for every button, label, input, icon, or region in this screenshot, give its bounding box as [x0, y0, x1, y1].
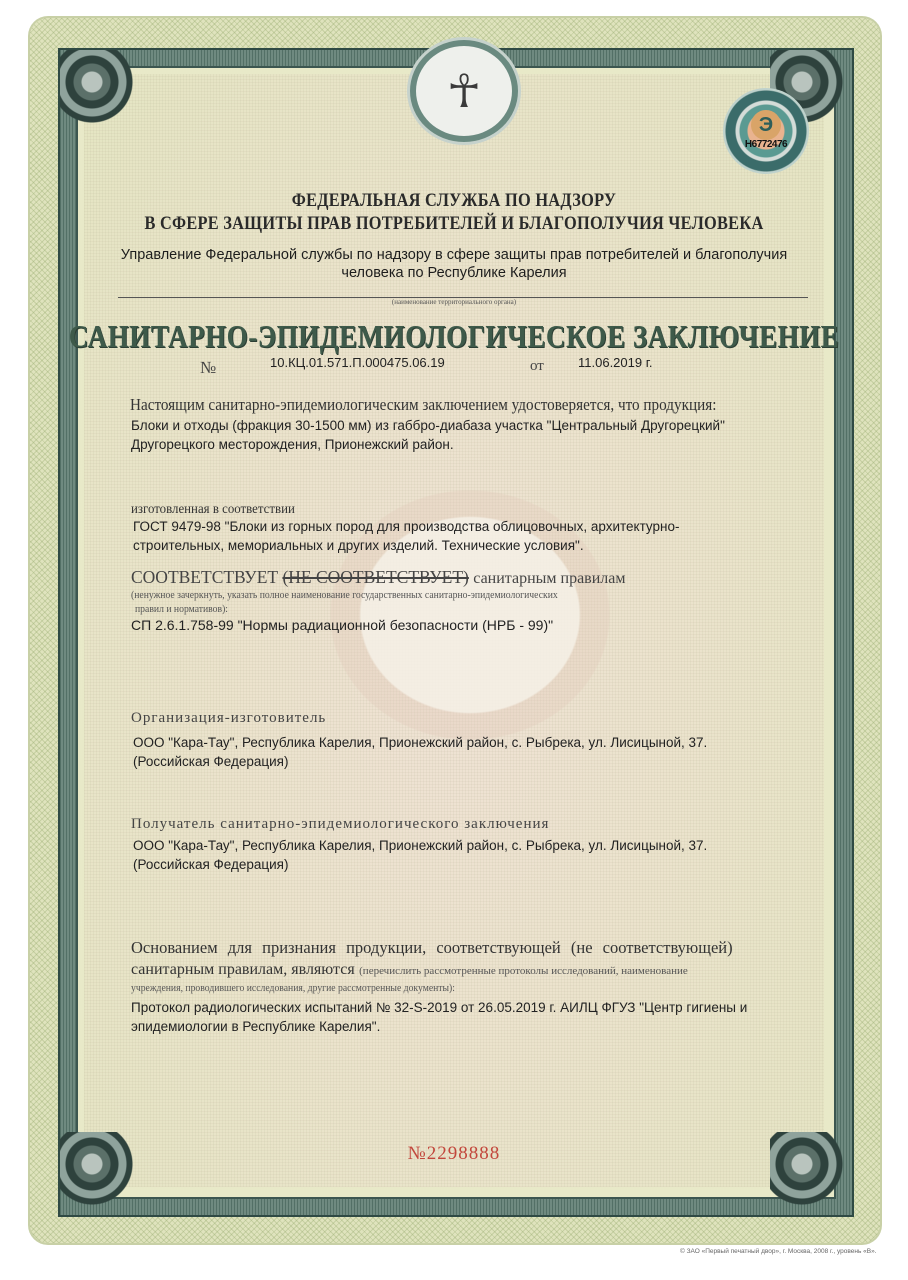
date-label: от — [530, 358, 544, 375]
conformity-mark-icon: Э — [751, 110, 781, 140]
conclusion-date: 11.06.2019 г. — [578, 355, 652, 370]
recipient-line1: ООО "Кара-Тау", Республика Карелия, Прио… — [133, 838, 707, 853]
territorial-body-line1: Управление Федеральной службы по надзору… — [0, 247, 908, 263]
form-serial-number: №2298888 — [0, 1143, 908, 1165]
document-title: САНИТАРНО-ЭПИДЕМИОЛОГИЧЕСКОЕ ЗАКЛЮЧЕНИЕ — [68, 318, 840, 355]
compliance-status: СООТВЕТСТВУЕТ — [131, 567, 278, 587]
territorial-body-line2: человека по Республике Карелия — [0, 265, 908, 281]
protocol-line2: эпидемиологии в Республике Карелия". — [131, 1019, 380, 1034]
recipient-line2: (Российская Федерация) — [133, 857, 288, 872]
compliance-status-struck: (НЕ СООТВЕТСТВУЕТ) — [282, 567, 468, 587]
number-label: № — [200, 358, 216, 378]
double-headed-eagle-icon: ☥ — [410, 40, 518, 142]
basis-line2-main: санитарным правилам, являются — [131, 961, 355, 978]
manufacturer-line2: (Российская Федерация) — [133, 754, 288, 769]
product-line1: Блоки и отходы (фракция 30-1500 мм) из г… — [131, 418, 725, 433]
standard-line1: ГОСТ 9479-98 "Блоки из горных пород для … — [133, 519, 680, 534]
basis-line2-note: (перечислить рассмотренные протоколы исс… — [359, 965, 688, 977]
agency-title-line2: В СФЕРЕ ЗАЩИТЫ ПРАВ ПОТРЕБИТЕЛЕЙ И БЛАГО… — [64, 213, 845, 235]
manufacturer-label: Организация-изготовитель — [131, 710, 326, 727]
basis-line1: Основанием для признания продукции, соот… — [131, 938, 733, 958]
manufactured-label: изготовленная в соответствии — [131, 502, 295, 518]
protocol-line1: Протокол радиологических испытаний № 32-… — [131, 1000, 747, 1015]
standard-line2: строительных, мемориальных и других изде… — [133, 538, 584, 553]
conclusion-number: 10.КЦ.01.571.П.000475.06.19 — [270, 355, 445, 370]
sanitary-rule: СП 2.6.1.758-99 "Нормы радиационной безо… — [131, 617, 553, 633]
product-line2: Другорецкого месторождения, Прионежский … — [131, 437, 454, 452]
recipient-label: Получатель санитарно-эпидемиологического… — [131, 816, 549, 833]
product-intro: Настоящим санитарно-эпидемиологическим з… — [130, 395, 716, 415]
territorial-body-caption: (наименование территориального органа) — [0, 298, 908, 306]
corner-ornament-icon — [60, 50, 140, 130]
compliance-suffix: санитарным правилам — [473, 570, 625, 587]
compliance-note-line2: правил и нормативов): — [135, 603, 228, 615]
printer-imprint: © ЗАО «Первый печатный двор», г. Москва,… — [680, 1248, 877, 1255]
hologram-number: Н6772476 — [745, 139, 787, 150]
compliance-note-line1: (ненужное зачеркнуть, указать полное наи… — [131, 589, 558, 601]
agency-title-line1: ФЕДЕРАЛЬНАЯ СЛУЖБА ПО НАДЗОРУ — [64, 190, 845, 212]
basis-line3-note: учреждения, проводившего исследования, д… — [131, 982, 455, 994]
manufacturer-line1: ООО "Кара-Тау", Республика Карелия, Прио… — [133, 735, 707, 750]
hologram-sticker: Э Н6772476 — [723, 88, 809, 174]
